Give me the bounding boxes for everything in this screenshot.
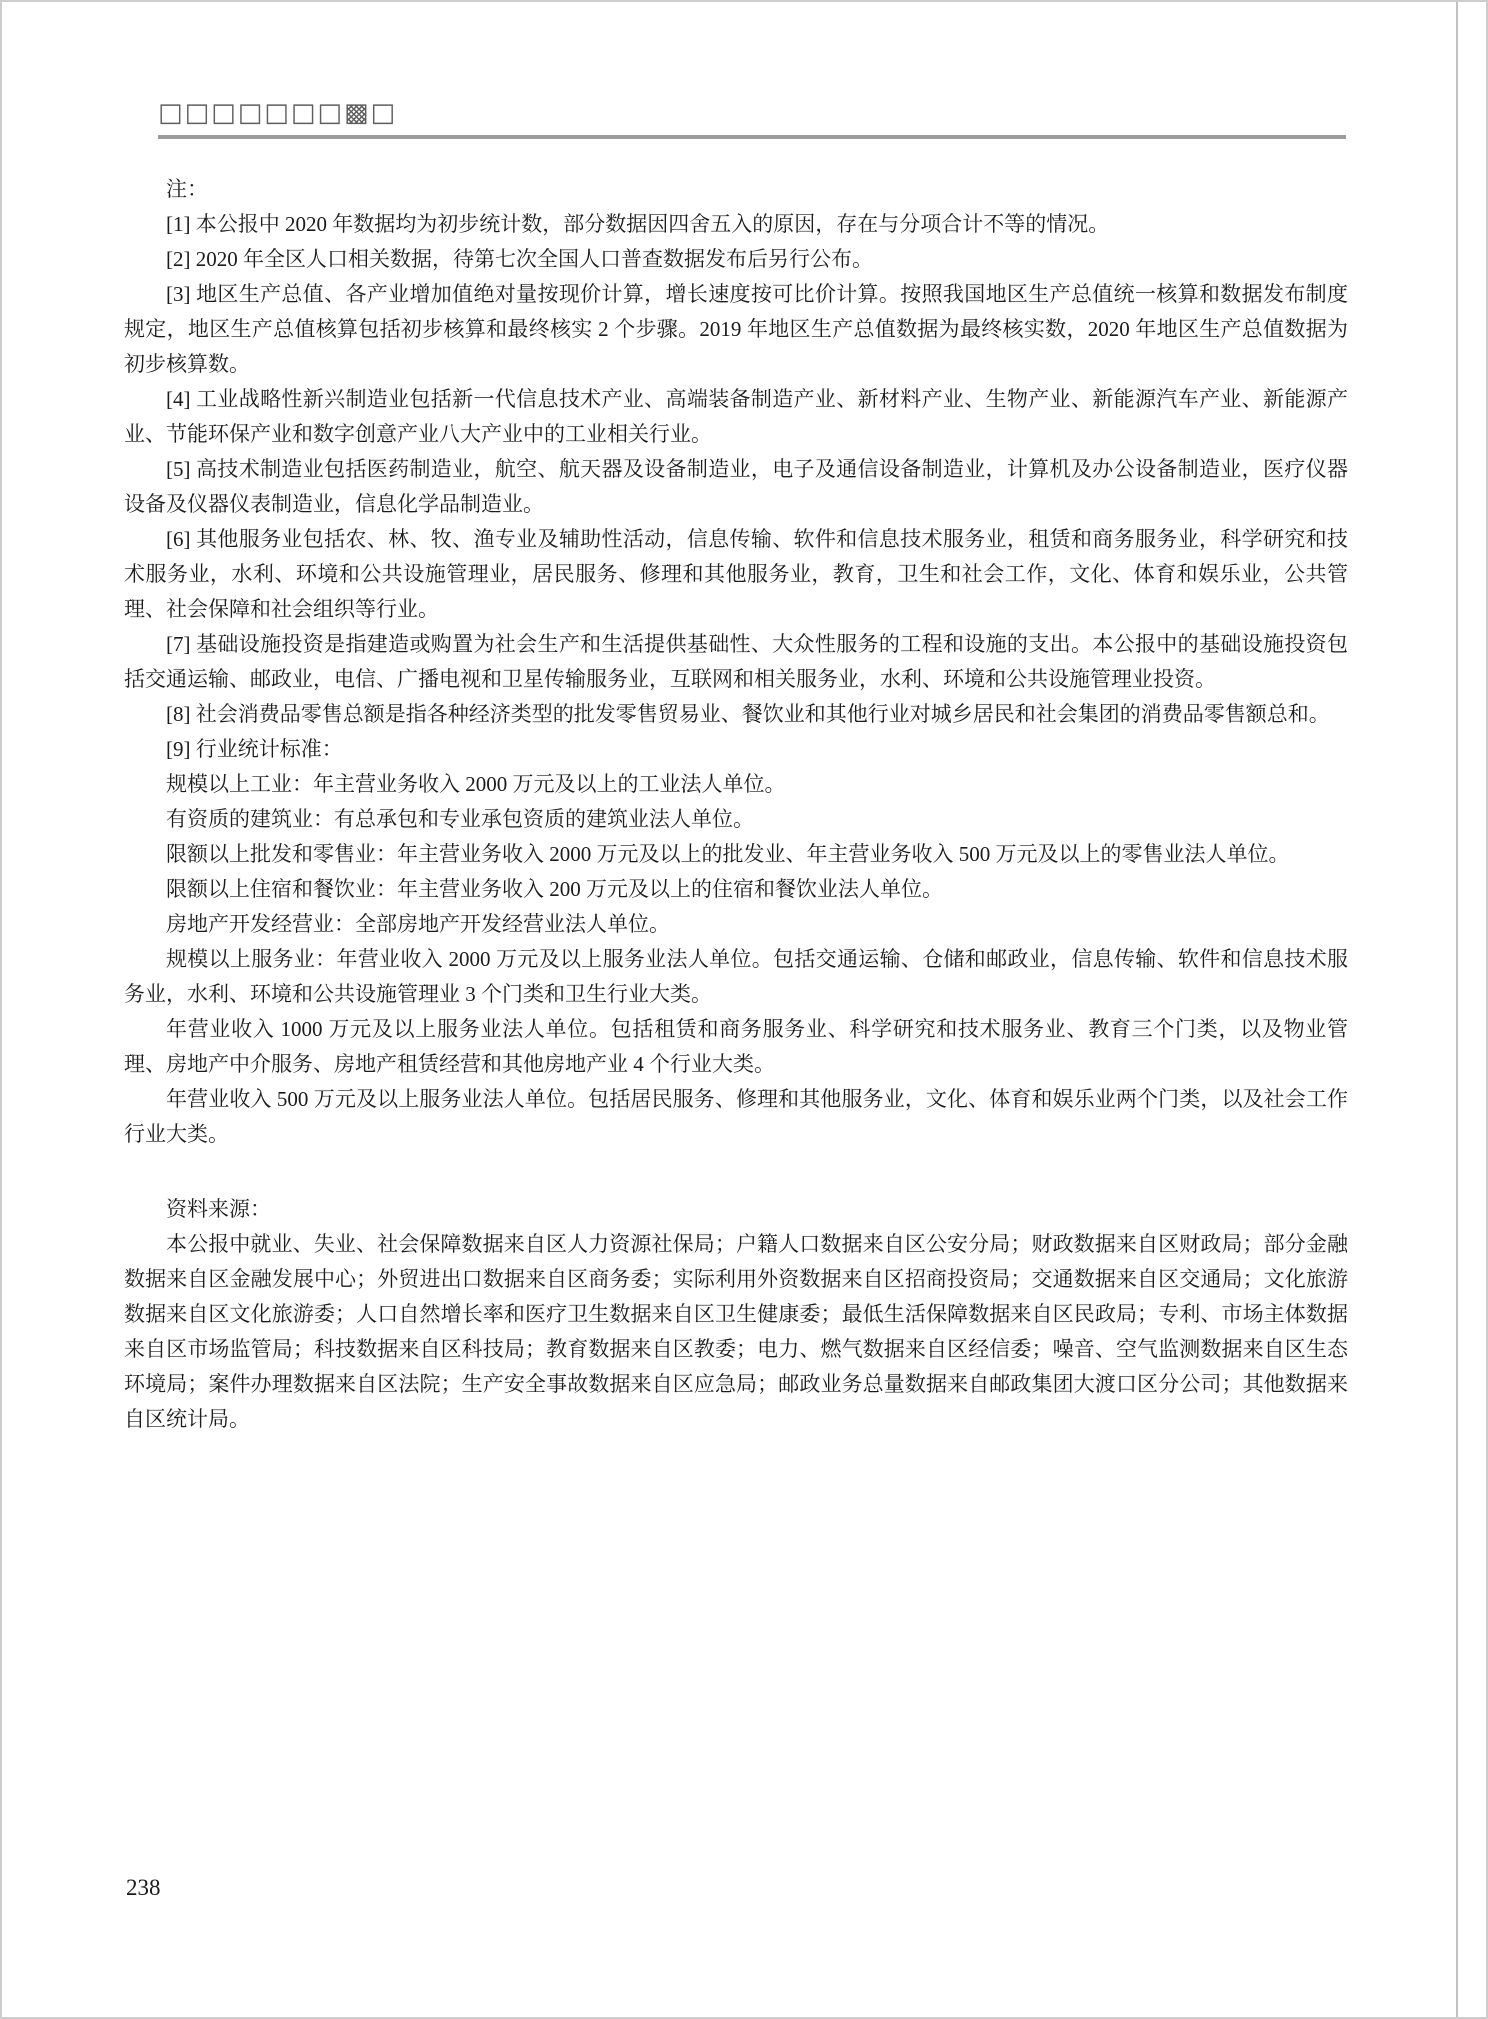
note-paragraph-5: [5] 高技术制造业包括医药制造业，航空、航天器及设备制造业，电子及通信设备制造… bbox=[124, 452, 1348, 522]
note-paragraph-11: 有资质的建筑业：有总承包和专业承包资质的建筑业法人单位。 bbox=[124, 802, 1348, 837]
note-paragraph-4: [4] 工业战略性新兴制造业包括新一代信息技术产业、高端装备制造产业、新材料产业… bbox=[124, 382, 1348, 452]
document-page: □□□□□□□▩□ 注： [1] 本公报中 2020 年数据均为初步统计数，部分… bbox=[0, 0, 1488, 2019]
page-header-title: □□□□□□□▩□ bbox=[158, 98, 397, 128]
note-paragraph-1: [1] 本公报中 2020 年数据均为初步统计数，部分数据因四舍五入的原因，存在… bbox=[124, 207, 1348, 242]
note-paragraph-8: [8] 社会消费品零售总额是指各种经济类型的批发零售贸易业、餐饮业和其他行业对城… bbox=[124, 697, 1348, 732]
scan-edge-line bbox=[1456, 2, 1458, 2017]
note-paragraph-2: [2] 2020 年全区人口相关数据，待第七次全国人口普查数据发布后另行公布。 bbox=[124, 242, 1348, 277]
note-paragraph-15: 规模以上服务业：年营业收入 2000 万元及以上服务业法人单位。包括交通运输、仓… bbox=[124, 942, 1348, 1012]
note-paragraph-14: 房地产开发经营业：全部房地产开发经营业法人单位。 bbox=[124, 907, 1348, 942]
note-paragraph-9: [9] 行业统计标准： bbox=[124, 732, 1348, 767]
note-paragraph-12: 限额以上批发和零售业：年主营业务收入 2000 万元及以上的批发业、年主营业务收… bbox=[124, 837, 1348, 872]
note-paragraph-16: 年营业收入 1000 万元及以上服务业法人单位。包括租赁和商务服务业、科学研究和… bbox=[124, 1012, 1348, 1082]
note-paragraph-7: [7] 基础设施投资是指建造或购置为社会生产和生活提供基础性、大众性服务的工程和… bbox=[124, 627, 1348, 697]
sources-body: 本公报中就业、失业、社会保障数据来自区人力资源社保局；户籍人口数据来自区公安分局… bbox=[124, 1227, 1348, 1437]
header-divider bbox=[158, 135, 1346, 139]
sources-label: 资料来源： bbox=[124, 1192, 1348, 1227]
note-paragraph-17: 年营业收入 500 万元及以上服务业法人单位。包括居民服务、修理和其他服务业，文… bbox=[124, 1082, 1348, 1152]
note-paragraph-13: 限额以上住宿和餐饮业：年主营业务收入 200 万元及以上的住宿和餐饮业法人单位。 bbox=[124, 872, 1348, 907]
note-paragraph-3: [3] 地区生产总值、各产业增加值绝对量按现价计算，增长速度按可比价计算。按照我… bbox=[124, 277, 1348, 382]
note-paragraph-10: 规模以上工业：年主营业务收入 2000 万元及以上的工业法人单位。 bbox=[124, 767, 1348, 802]
notes-label: 注： bbox=[124, 172, 1348, 207]
note-paragraph-6: [6] 其他服务业包括农、林、牧、渔专业及辅助性活动，信息传输、软件和信息技术服… bbox=[124, 522, 1348, 627]
document-body: 注： [1] 本公报中 2020 年数据均为初步统计数，部分数据因四舍五入的原因… bbox=[124, 172, 1348, 1437]
page-number: 238 bbox=[126, 1874, 161, 1902]
